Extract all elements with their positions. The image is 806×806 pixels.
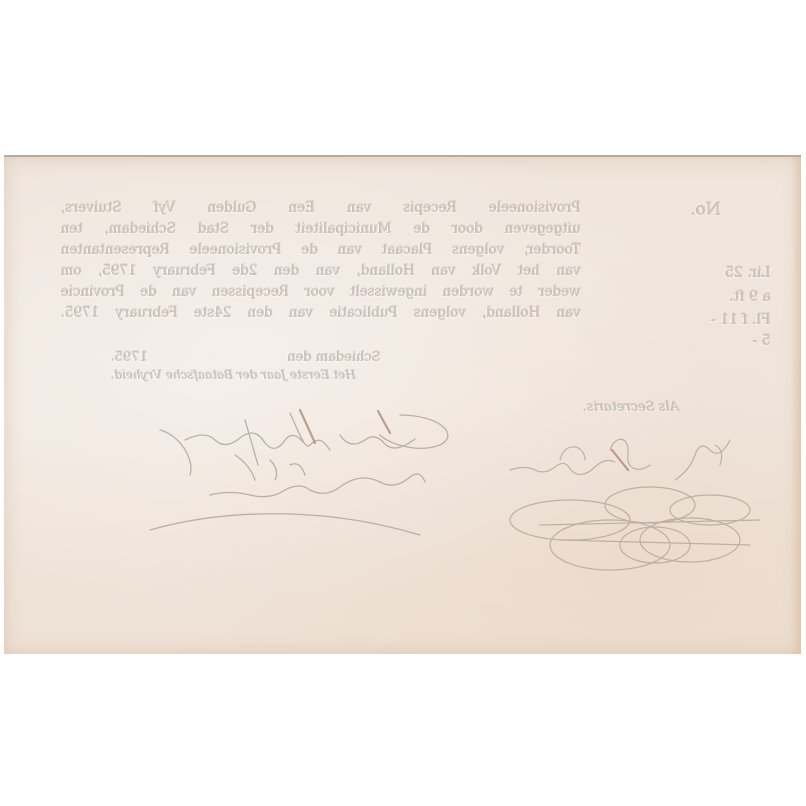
receipt-body-text: Provisioneele Recepis van Een Gulden Vyf…: [60, 198, 580, 324]
secretaris-label: Als Secretaris.: [582, 400, 678, 415]
body-line: van het Volk van Holland, van den 2de Fe…: [60, 261, 580, 282]
body-line: Toorder, volgens Placaat van de Provisio…: [60, 240, 580, 261]
body-line: uitgegeven door de Municipaliteit der St…: [60, 219, 580, 240]
date-line: Schiedam den 1795.: [110, 350, 380, 365]
amount-line: a 9 ft.: [698, 287, 770, 308]
signature-right-flourish: [500, 425, 790, 585]
body-line: van Holland, volgens Publicatie van den …: [60, 303, 580, 324]
date-year: 1795.: [110, 350, 147, 365]
body-line: Provisioneele Recepis van Een Gulden Vyf…: [60, 198, 580, 219]
signature-left: [140, 405, 460, 545]
date-place: Schiedam den: [287, 350, 380, 365]
paper-edge-stain: [791, 157, 801, 654]
era-line: Het Eerste Jaar der Bataafsche Vryheid.: [110, 368, 370, 382]
body-line: weder te worden ingewisselt voor Recepis…: [60, 282, 580, 303]
amount-line: Fl. f 11 - 5 -: [698, 310, 770, 352]
amount-line: Lir. 25: [698, 263, 770, 284]
number-label: No.: [690, 200, 720, 221]
